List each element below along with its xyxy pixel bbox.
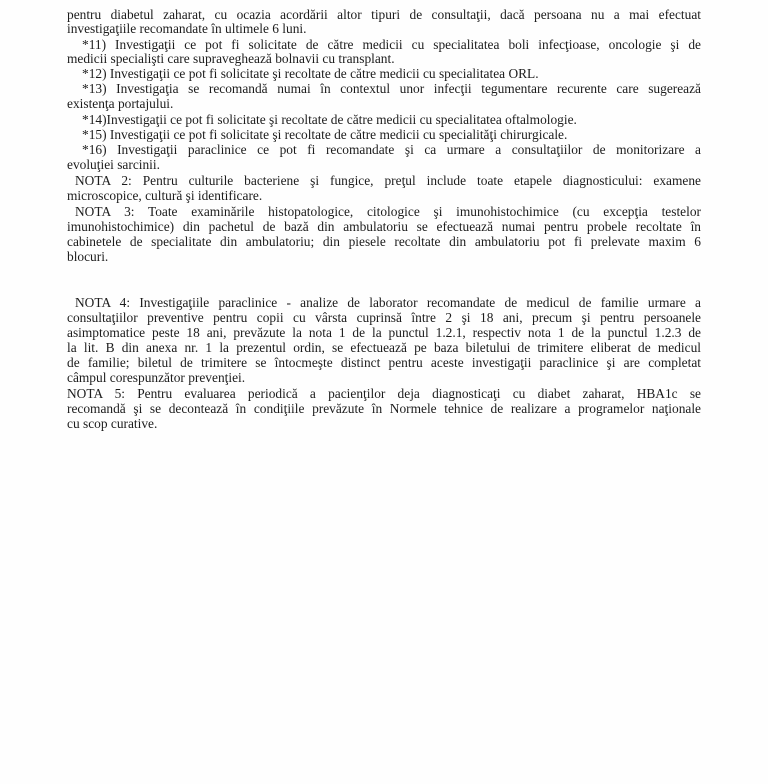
nota-4-line-2: consultaţiilor preventive pentru copii c… bbox=[67, 311, 701, 325]
continuation-line-2: investigaţiile recomandate în ultimele 6… bbox=[67, 22, 701, 36]
nota-4-line-1: NOTA 4: Investigaţiile paraclinice - ana… bbox=[75, 296, 701, 310]
nota-2-line-1: NOTA 2: Pentru culturile bacteriene şi f… bbox=[75, 174, 701, 188]
nota-4-line-3: asimptomatice peste 18 ani, prevăzute la… bbox=[67, 326, 701, 340]
note-15-line-1: *15) Investigaţii ce pot fi solicitate ş… bbox=[82, 128, 701, 142]
nota-3-line-4: blocuri. bbox=[67, 250, 701, 264]
document-page: pentru diabetul zaharat, cu ocazia acord… bbox=[0, 0, 768, 784]
nota-3-line-2: imunohistochimice) din pachetul de bază … bbox=[67, 220, 701, 234]
nota-2-line-2: microscopice, cultură şi identificare. bbox=[67, 189, 701, 203]
note-16-line-2: evoluţiei sarcinii. bbox=[67, 158, 701, 172]
nota-4-line-5: de familie; biletul de trimitere se înto… bbox=[67, 356, 701, 370]
note-13-line-2: existenţa portajului. bbox=[67, 97, 701, 111]
nota-4-line-4: la lit. B din anexa nr. 1 la prezentul o… bbox=[67, 341, 701, 355]
nota-3-line-1: NOTA 3: Toate examinările histopatologic… bbox=[75, 205, 701, 219]
note-11-line-2: medicii specialişti care supraveghează b… bbox=[67, 52, 701, 66]
nota-5-line-2: recomandă şi se decontează în condiţiile… bbox=[67, 402, 701, 416]
note-11-line-1: *11) Investigaţii ce pot fi solicitate d… bbox=[82, 38, 701, 52]
nota-4-line-6: câmpul corespunzător prevenţiei. bbox=[67, 371, 701, 385]
nota-3-line-3: cabinetele de specialitate din ambulator… bbox=[67, 235, 701, 249]
nota-5-line-3: cu scop curative. bbox=[67, 417, 701, 431]
note-16-line-1: *16) Investigaţii paraclinice ce pot fi … bbox=[82, 143, 701, 157]
note-13-line-1: *13) Investigaţia se recomandă numai în … bbox=[82, 82, 701, 96]
nota-5-line-1: NOTA 5: Pentru evaluarea periodică a pac… bbox=[67, 387, 701, 401]
continuation-line-1: pentru diabetul zaharat, cu ocazia acord… bbox=[67, 8, 701, 22]
note-14-line-1: *14)Investigaţii ce pot fi solicitate şi… bbox=[82, 113, 701, 127]
note-12-line-1: *12) Investigaţii ce pot fi solicitate ş… bbox=[82, 67, 701, 81]
